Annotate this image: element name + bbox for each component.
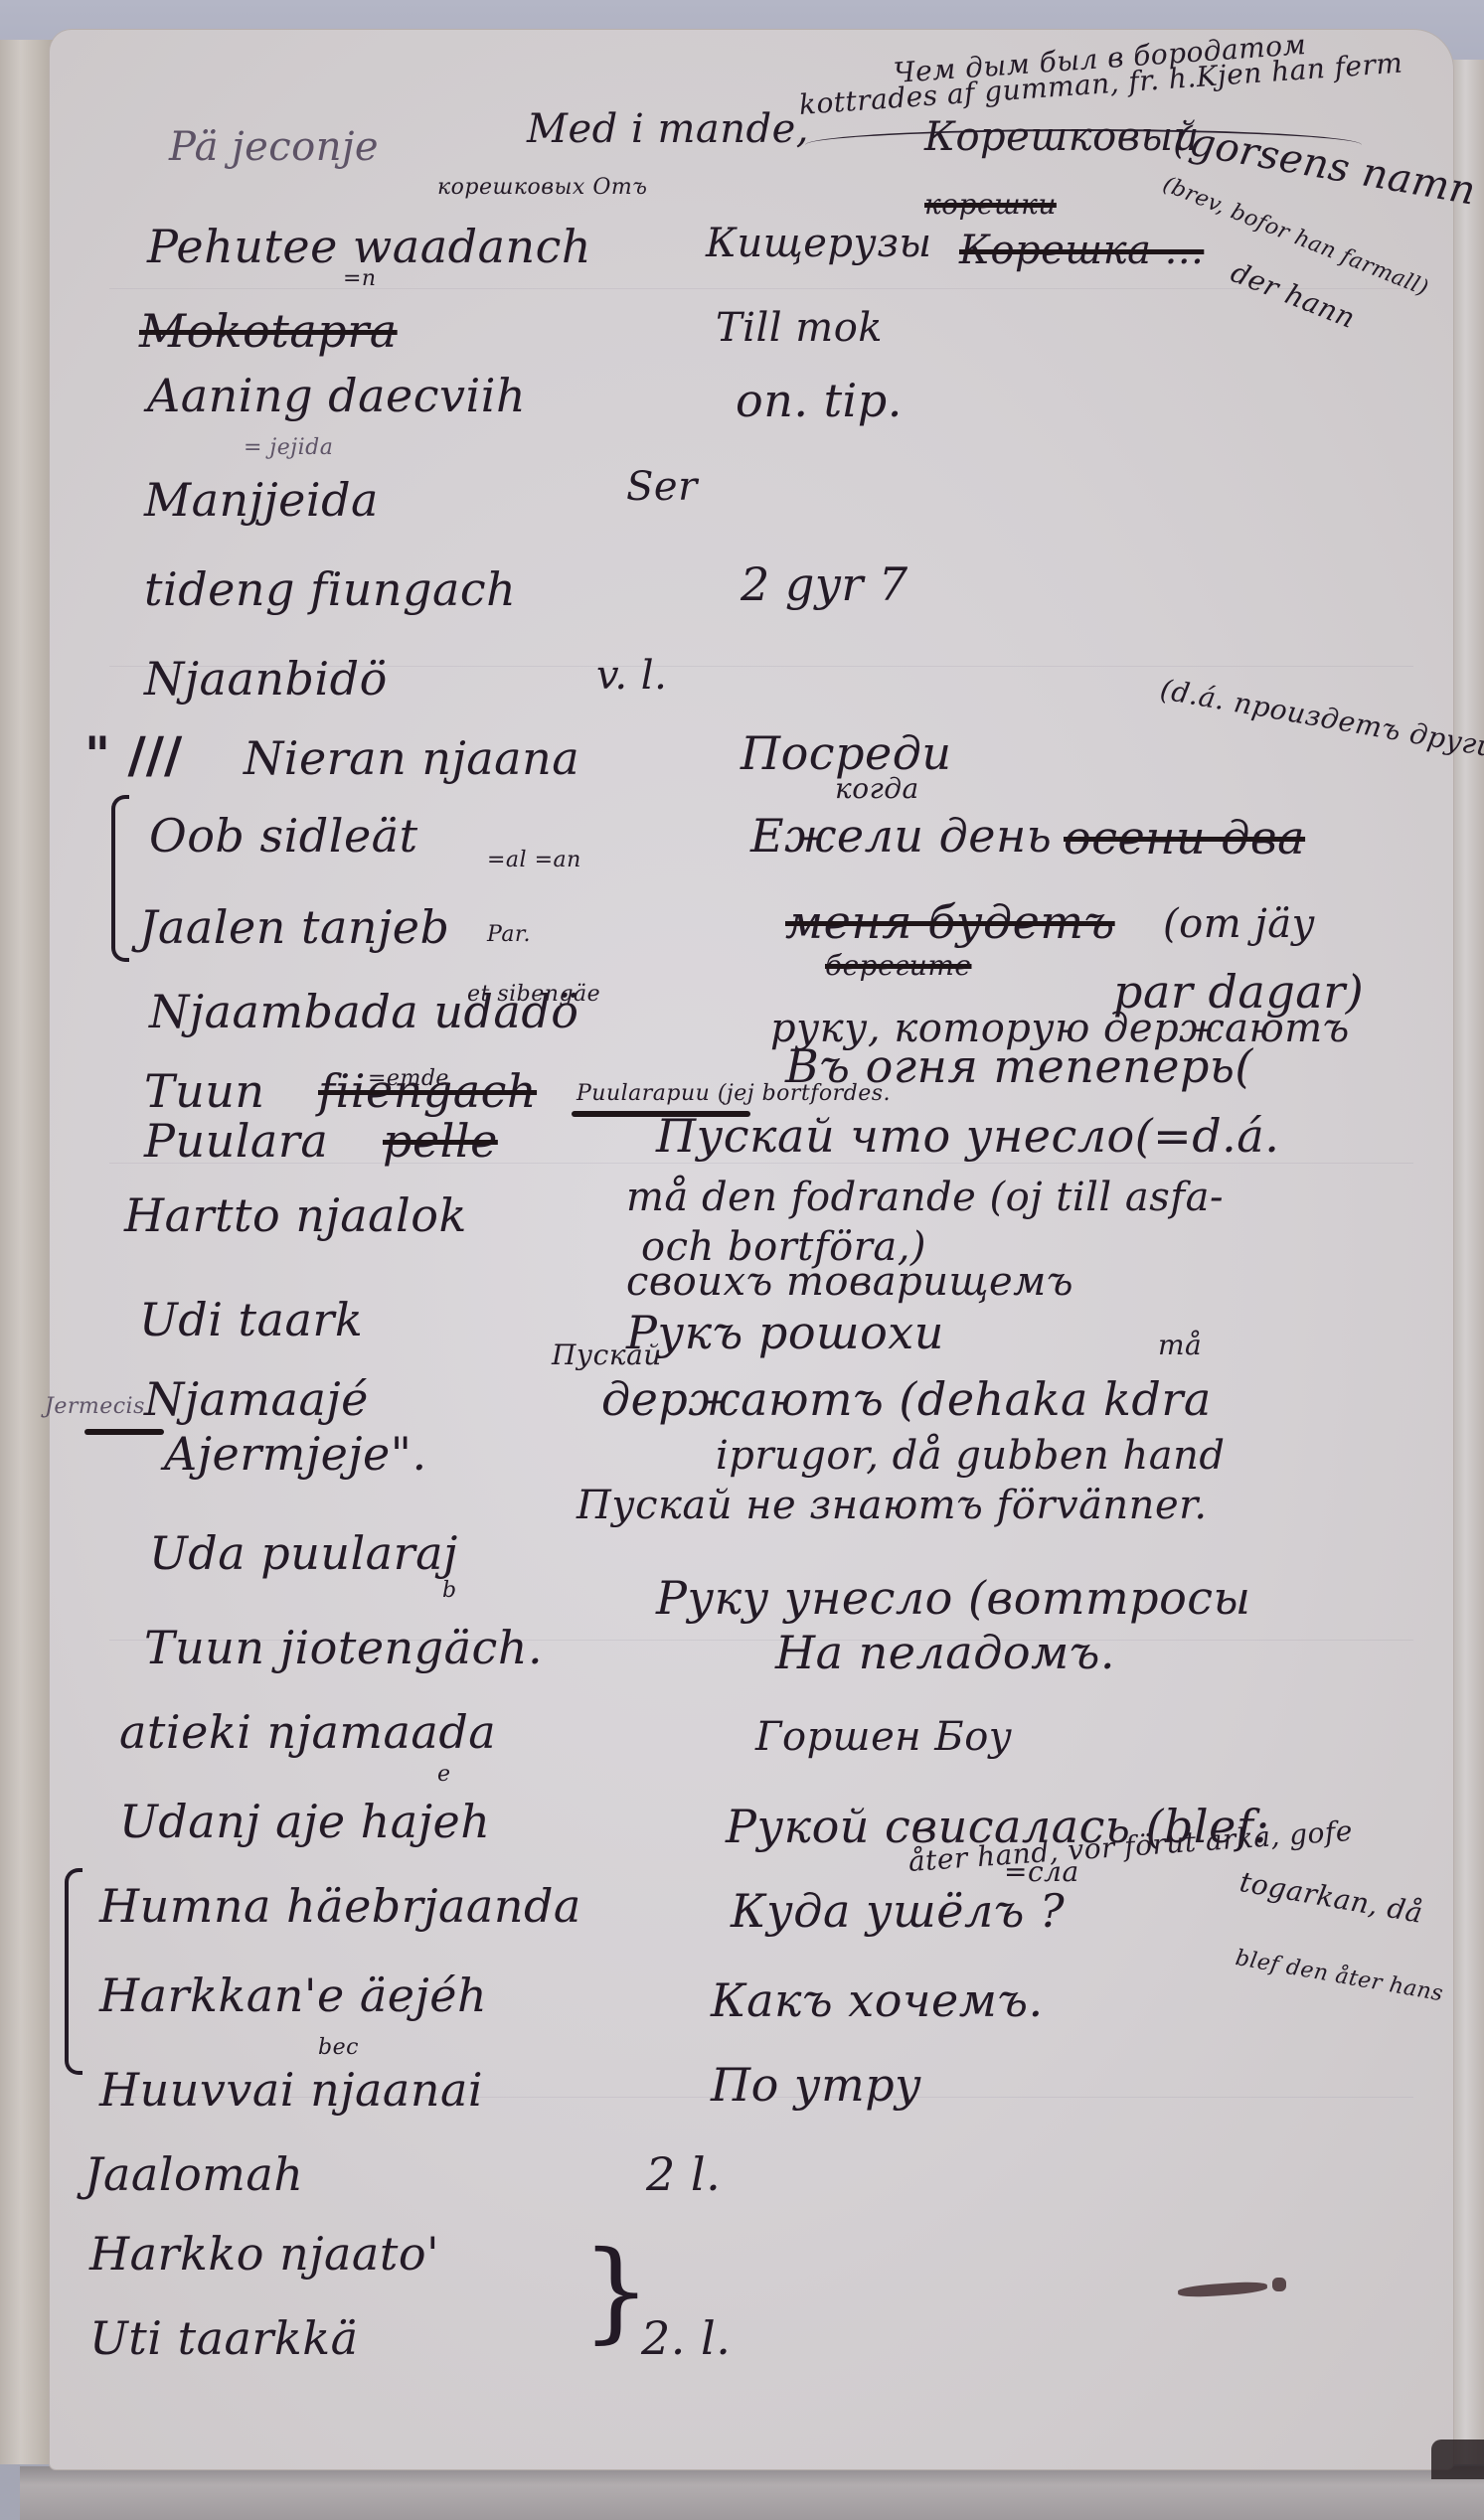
entry-translation: v. l. bbox=[596, 656, 667, 696]
entry-translation-above: Пускай bbox=[552, 1341, 662, 1369]
entry-gloss: Корешковый bbox=[924, 117, 1200, 157]
entry-translation-above: когда bbox=[835, 775, 919, 803]
entry-translation: Руку унесло (воттросы bbox=[656, 1575, 1251, 1621]
entry-source: Harkko njaato' bbox=[89, 2231, 439, 2277]
entry-translation: своихъ товарищемъ bbox=[626, 1262, 1073, 1302]
entry-interlinear: =emde bbox=[368, 1068, 449, 1090]
entry-source: Humna häebrjaanda bbox=[99, 1883, 581, 1929]
entry-interlinear: e bbox=[437, 1764, 451, 1786]
entry-gloss-line2: må den fodrande (oj till asfa- bbox=[626, 1178, 1224, 1217]
entry-source: Harkkan'e äejéh bbox=[99, 1972, 487, 2018]
entry-source: Jaalen tanjeb bbox=[139, 904, 449, 950]
entry-struck-translation: (om jäy bbox=[1163, 904, 1315, 944]
entry-interlinear: et sibengäe bbox=[467, 984, 600, 1006]
entry-translation: Ежели день bbox=[750, 813, 1052, 859]
spine-shadow bbox=[1431, 2440, 1484, 2479]
entry-source: Njaanbidö bbox=[144, 656, 388, 702]
entry-source: Udanj aje hajeh bbox=[119, 1799, 490, 1844]
entry-interlinear: =al =an bbox=[487, 850, 581, 871]
grouping-bracket bbox=[65, 1868, 82, 2075]
entry-interlinear: bec bbox=[318, 2037, 359, 2059]
entry-translation-line2: Пускай не знаютъ förvänner. bbox=[577, 1486, 1208, 1525]
faint-ruling bbox=[109, 288, 1413, 289]
margin-note: Jermecis bbox=[45, 1396, 145, 1418]
entry-source-struck: Mokotapra bbox=[139, 308, 398, 354]
entry-source: Pä jeconje bbox=[169, 127, 379, 167]
entry-translation: Ser bbox=[626, 467, 698, 507]
entry-translation-above: =сла bbox=[1004, 1858, 1079, 1886]
entry-source: tideng fiungach bbox=[144, 566, 516, 612]
facing-page-edge bbox=[1453, 60, 1484, 2464]
entry-source: Aaning daecviih bbox=[147, 373, 526, 418]
entry-source: Udi taark bbox=[139, 1297, 363, 1342]
entry-source-struck-word: pelle bbox=[383, 1118, 498, 1164]
entry-struck-translation: берегите bbox=[825, 952, 971, 980]
entry-source: Jaalomah bbox=[84, 2151, 303, 2197]
entry-source: Tuun jiotengäch. bbox=[144, 1625, 543, 1670]
entry-source: Oob sidleät bbox=[149, 813, 418, 859]
entry-source: Huuvvai njaanai bbox=[99, 2067, 483, 2113]
entry-source: Pehutee waadanch bbox=[147, 224, 591, 269]
entry-source: Ajermjeje". bbox=[164, 1431, 427, 1477]
entry-translation: Пускай что унесло(=d.á. bbox=[656, 1113, 1279, 1159]
entry-interlinear: =n bbox=[343, 268, 377, 290]
ditto-mark: " /// bbox=[84, 725, 182, 784]
entry-translation: 2. l. bbox=[641, 2315, 731, 2361]
entry-translation-line2: Рукъ рошохи bbox=[626, 1310, 944, 1355]
entry-translation: Горшен Боу bbox=[755, 1717, 1012, 1757]
entry-struck-translation: осени два bbox=[1064, 815, 1305, 861]
entry-translation: Въ огня тепеперь( bbox=[785, 1043, 1253, 1089]
entry-translation: На пеладомъ. bbox=[775, 1630, 1115, 1675]
entry-translation: iprugor, då gubben hand bbox=[716, 1436, 1226, 1476]
entry-translation: 2 l. bbox=[646, 2151, 721, 2197]
entry-translation: 2 gyr 7 bbox=[741, 561, 908, 607]
entry-source: Uda puularaj bbox=[149, 1530, 458, 1576]
entry-source: Manjjeida bbox=[144, 477, 379, 523]
entry-source: Tuun bbox=[144, 1068, 265, 1114]
entry-translation: Посреди bbox=[741, 730, 952, 776]
entry-translation-struck-part: меня будетъ bbox=[785, 899, 1115, 945]
entry-interlinear: = jejida bbox=[244, 437, 333, 459]
entry-source: Njamaajé bbox=[144, 1376, 369, 1422]
ink-dot bbox=[1272, 2278, 1286, 2291]
entry-interlinear: b bbox=[442, 1580, 457, 1602]
entry-source: Nieran njaana bbox=[244, 735, 579, 781]
entry-source: Uti taarkkä bbox=[89, 2315, 359, 2361]
entry-translation: on. tip. bbox=[736, 378, 903, 423]
entry-translation: Till mok bbox=[716, 308, 883, 348]
margin-arrow-stroke bbox=[84, 1429, 164, 1435]
entry-interlinear: корешковых Отъ bbox=[437, 177, 647, 199]
binding-left-edge bbox=[0, 40, 54, 2464]
entry-struck-word: корешки bbox=[924, 191, 1057, 219]
entry-source: atieki njamaada bbox=[119, 1709, 496, 1755]
entry-struck-translation: Корешка ... bbox=[959, 231, 1204, 270]
entry-source: Puulara bbox=[144, 1118, 328, 1164]
page-stack-bottom bbox=[20, 2466, 1484, 2520]
entry-translation: держаютъ (dehaka kdra bbox=[601, 1376, 1212, 1422]
entry-translation: Какъ хочемъ. bbox=[711, 1977, 1044, 2023]
entry-interlinear: Par. bbox=[487, 924, 531, 946]
entry-translation: Med i mande, bbox=[527, 109, 809, 149]
entry-gloss-above: må bbox=[1158, 1332, 1202, 1359]
grouping-bracket bbox=[111, 795, 129, 962]
entry-translation: Куда ушёлъ ? bbox=[731, 1888, 1065, 1934]
entry-translation: Кищерузы bbox=[706, 224, 932, 263]
entry-source: Hartto njaalok bbox=[124, 1192, 467, 1238]
entry-translation: По утру bbox=[711, 2062, 921, 2108]
